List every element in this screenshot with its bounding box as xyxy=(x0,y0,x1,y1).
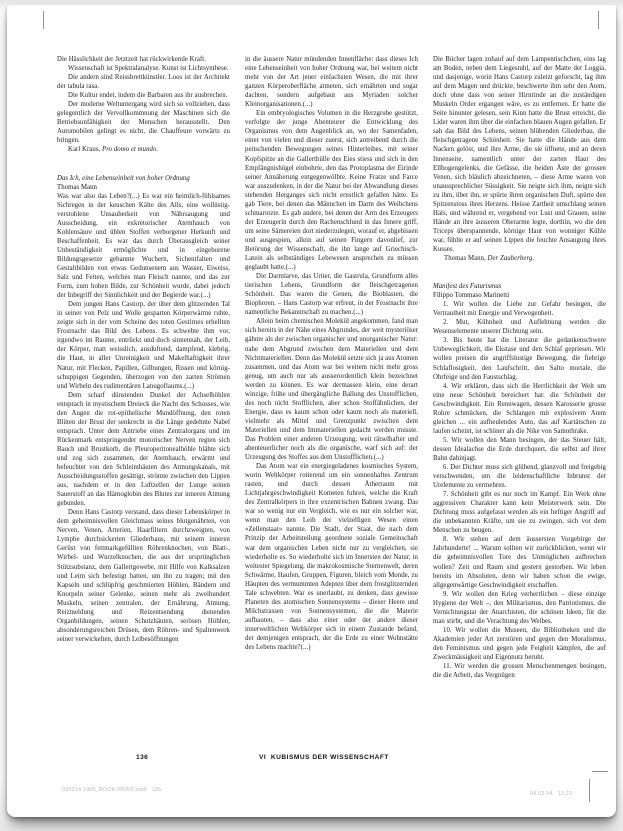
manifesto-item: 4. Wir erklären, dass sich die Herrlichk… xyxy=(433,382,606,436)
crop-mark-bottom-right-vertical xyxy=(589,779,590,802)
book-page: Die Hässlichkeit der Jetztzeit hat rückw… xyxy=(7,5,616,817)
aphorism-paragraph: Die Hässlichkeit der Jetztzeit hat rückw… xyxy=(57,55,230,64)
manifesto-item: 5. Wir wollen den Mann besingen, der das… xyxy=(433,436,606,463)
crop-mark-bottom-right-horizontal xyxy=(592,771,608,772)
manifesto-item: 2. Mut, Kühnheit und Auflehnung werden d… xyxy=(433,318,606,336)
column-middle: in die äussere Natur mündenden Innenfläc… xyxy=(245,55,418,757)
page-number: 136 xyxy=(136,754,148,761)
attribution-author: Thomas Mann, xyxy=(444,255,488,262)
manifesto-item: 6. Der Dichter muss sich glühend, glanzv… xyxy=(433,463,606,490)
body-paragraph: Ein embryologisches Volumen in die Herzg… xyxy=(245,109,418,272)
column-right: Die Bücher lagen zuhauf auf dem Lampenti… xyxy=(433,55,606,757)
body-paragraph: Was war also das Leben?(...) Es war ein … xyxy=(57,192,230,301)
print-timestamp: 04.03.14 13:23 xyxy=(530,791,572,797)
aphorism-paragraph: Die andern sind Reissbrettkünstler. Loos… xyxy=(57,73,230,91)
manifesto-item: 8. Wir stehen auf dem äussersten Vorgebi… xyxy=(433,535,606,589)
section-manifest: Manifest des Futurismus Filippo Tommaso … xyxy=(433,282,606,300)
section-author-thomas-mann: Thomas Mann xyxy=(57,183,230,192)
attribution-karl-kraus: Karl Kraus, Pro domo et mundo. xyxy=(57,145,230,154)
body-paragraph: Dem jungen Hans Castorp, der über dem gl… xyxy=(57,300,230,390)
manifesto-item: 9. Wir wollen den Krieg verherrlichen – … xyxy=(433,590,606,626)
body-paragraph: Allein beim chemischen Molekül angekomme… xyxy=(245,317,418,462)
running-head: VI KUBISMUS DER WISSENSCHAFT xyxy=(259,754,389,761)
aphorism-paragraph: Der moderne Weltuntergang wird sich so v… xyxy=(57,100,230,145)
attribution-author: Karl Kraus, xyxy=(68,146,102,153)
body-paragraph: in die äussere Natur mündenden Innenfläc… xyxy=(245,55,418,109)
body-paragraph: Dem scharf dünstenden Dunkel der Achselh… xyxy=(57,391,230,509)
manifesto-item: 11. Wir werden die grossen Menschenmenge… xyxy=(433,662,606,680)
print-slug: 030314 1900_BOOK-PRINT.indd 136 xyxy=(62,787,161,793)
section-author-marinetti: Filippo Tommaso Marinetti xyxy=(433,291,606,300)
aphorism-paragraph: Wissenschaft ist Spektralanalyse. Kunst … xyxy=(57,64,230,73)
body-paragraph: Das Atom war ein energiegeladenes kosmis… xyxy=(245,462,418,652)
column-left: Die Hässlichkeit der Jetztzeit hat rückw… xyxy=(57,55,230,757)
manifesto-item: 1. Wir wollen die Liebe zur Gefahr besin… xyxy=(433,300,606,318)
body-paragraph: Die Darmlarve, das Urtier, die Gastrula,… xyxy=(245,272,418,317)
attribution-work-title: Pro domo et mundo. xyxy=(102,146,158,153)
section-title-manifest-des-futurismus: Manifest des Futurismus xyxy=(433,282,606,291)
body-paragraph: Denn Hans Castorp verstand, dass dieser … xyxy=(57,508,230,644)
body-paragraph: Die Bücher lagen zuhauf auf dem Lampenti… xyxy=(433,55,606,254)
manifesto-item: 3. Bis heute hat die Literatur die gedan… xyxy=(433,336,606,381)
crop-mark-top-right xyxy=(598,11,599,29)
section-title-das-ich: Das Ich, eine Lebenseinheit von hoher Or… xyxy=(57,174,230,183)
attribution-thomas-mann: Thomas Mann, Der Zauberberg. xyxy=(433,254,606,263)
aphorism-paragraph: Die Kultur endet, indem die Barbaren aus… xyxy=(57,91,230,100)
section-das-ich: Das Ich, eine Lebenseinheit von hoher Or… xyxy=(57,174,230,192)
manifesto-item: 7. Schönheit gibt es nur noch im Kampf. … xyxy=(433,490,606,535)
crop-mark-top-left xyxy=(43,11,44,29)
attribution-work-title: Der Zauberberg. xyxy=(488,255,535,262)
manifesto-item: 10. Wir wollen die Museen, die Bibliothe… xyxy=(433,626,606,662)
